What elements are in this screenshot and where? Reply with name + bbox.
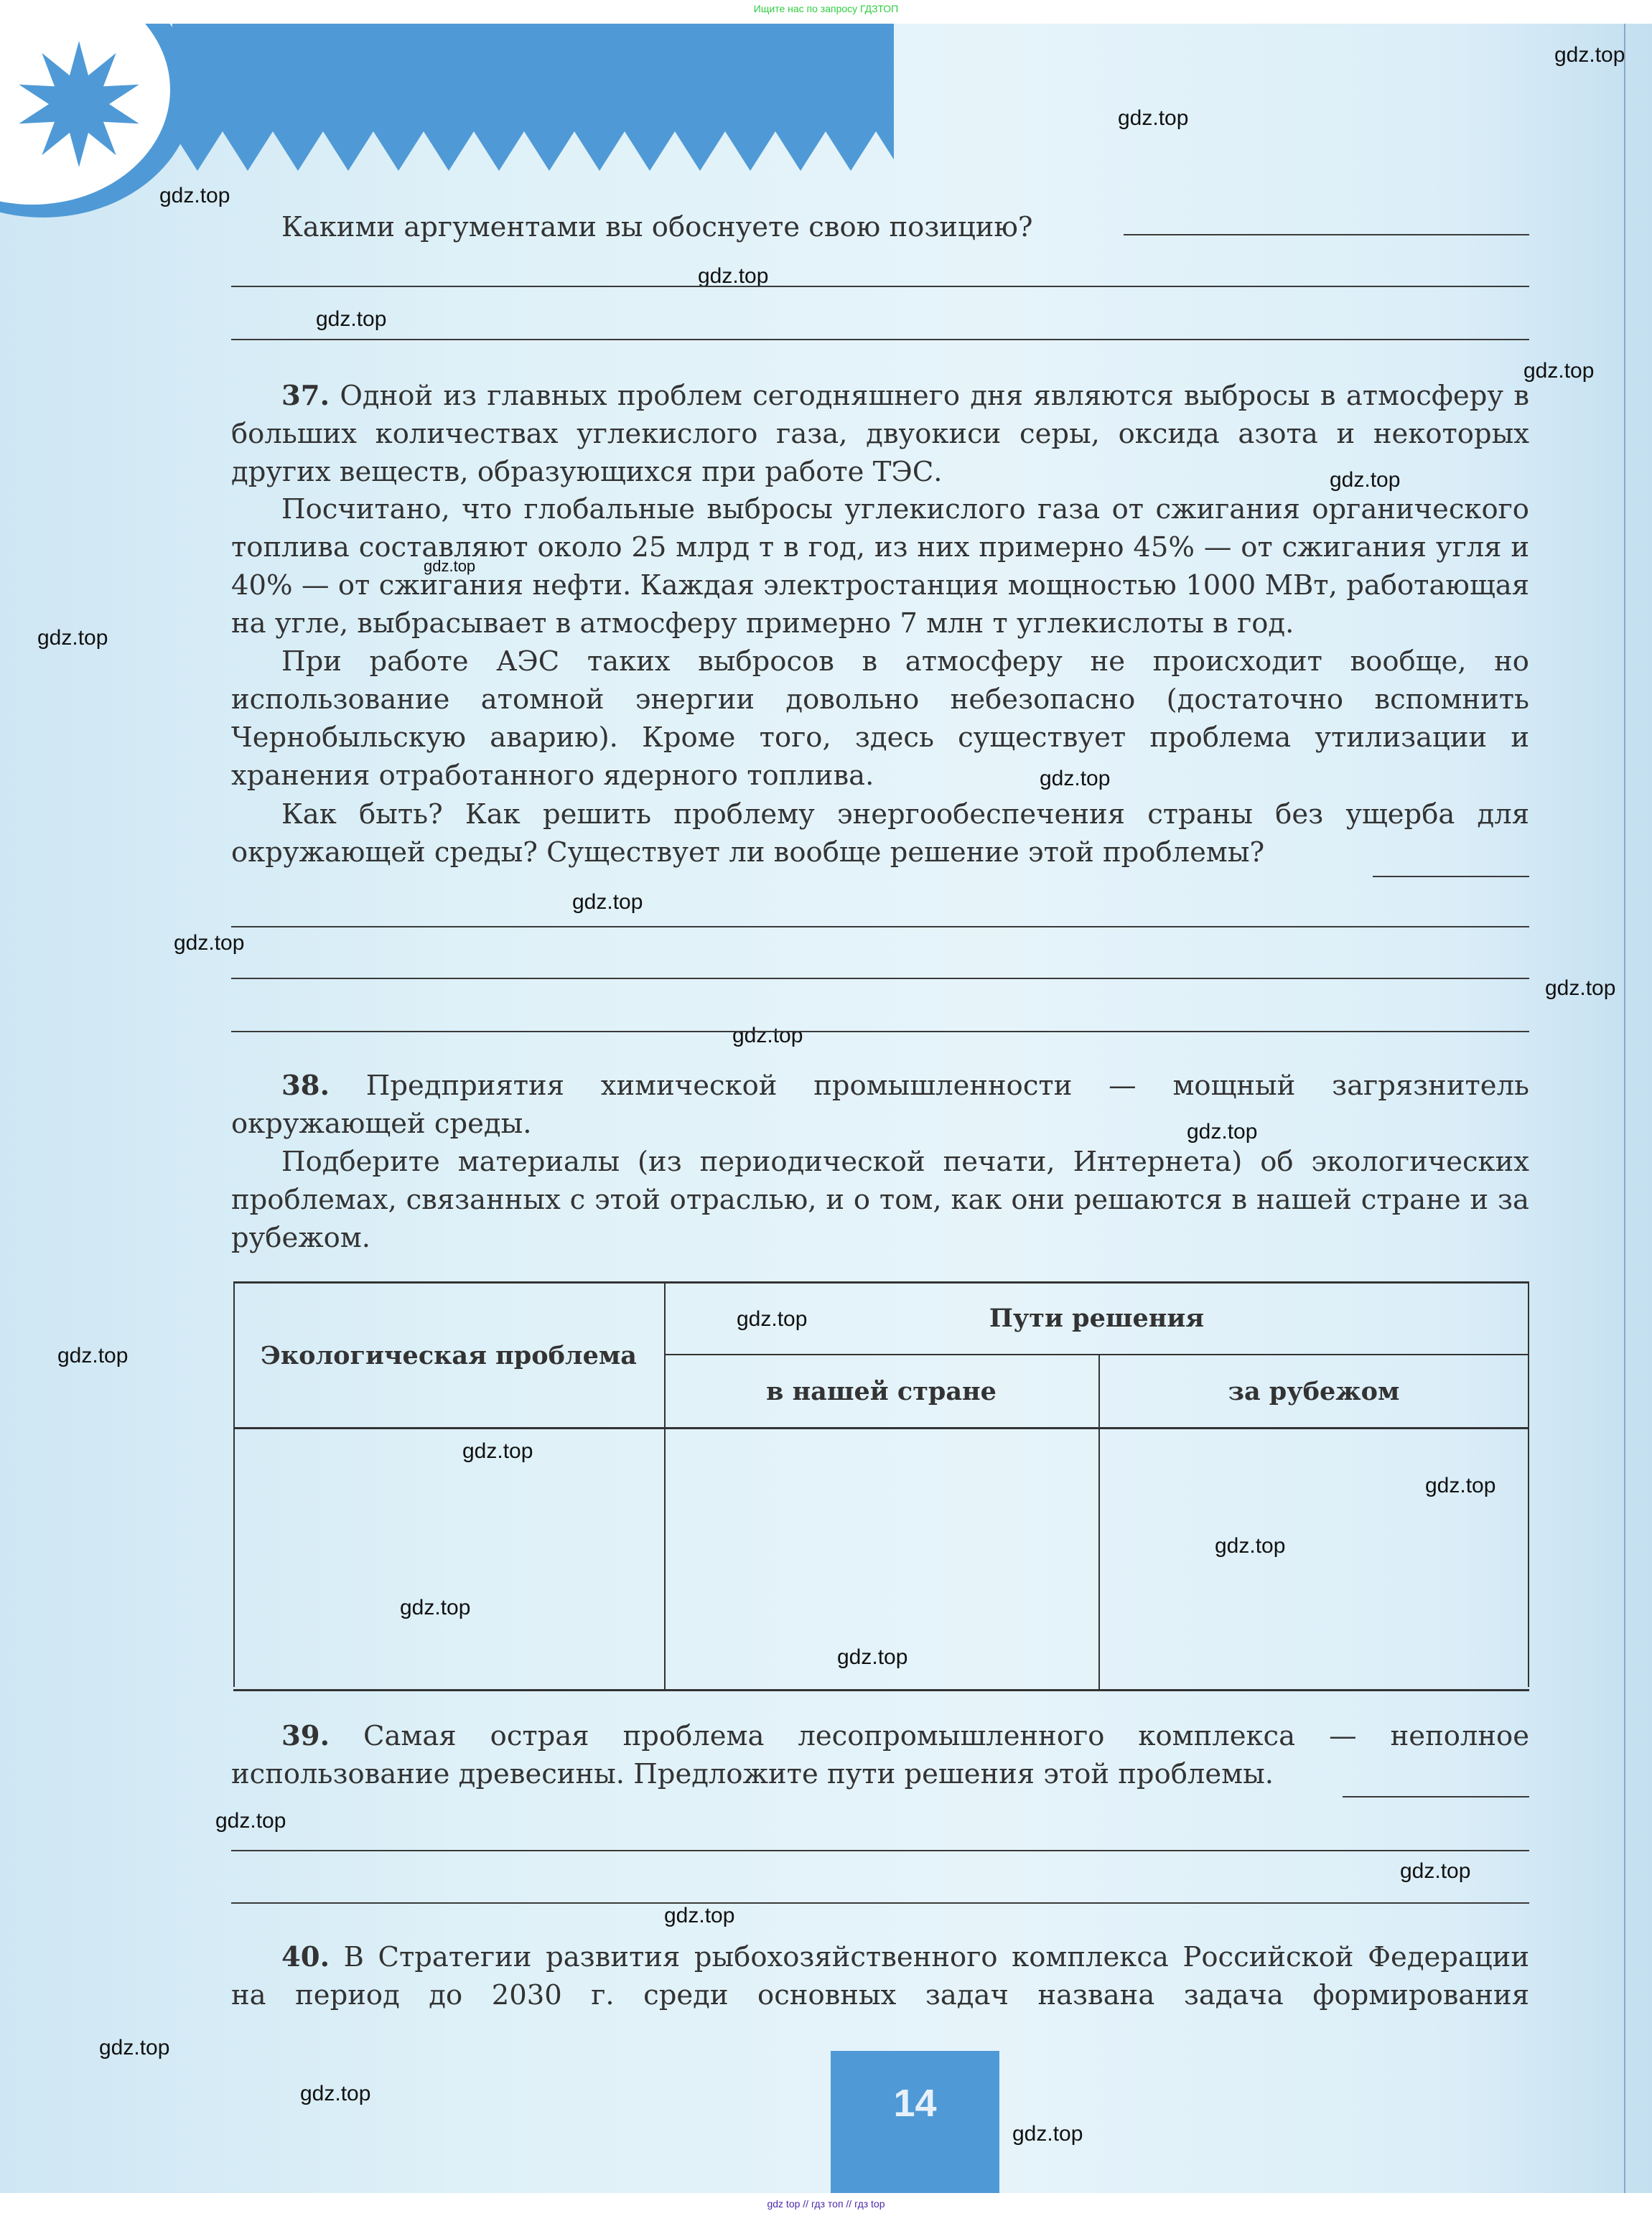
task-38-p2: Подберите материалы (из периодической пе… (231, 1143, 1529, 1257)
answer-line[interactable] (1343, 1796, 1529, 1797)
page-fold-line (1624, 24, 1625, 2193)
task-39-p1: Самая острая проблема лесопромышленного … (231, 1720, 1529, 1790)
watermark: gdz.top (215, 1809, 286, 1833)
page-number: 14 (831, 2081, 999, 2126)
eco-problems-table: Экологическая проблема Пути решения в на… (233, 1281, 1529, 1691)
answer-line[interactable] (231, 1031, 1529, 1032)
table-cell-domestic[interactable] (666, 1429, 1098, 1687)
answer-line[interactable] (231, 1902, 1529, 1904)
answer-line[interactable] (231, 286, 1529, 287)
task-37-p2: Посчитано, что глобальные выбросы углеки… (231, 490, 1529, 642)
task-38-p1: Предприятия химической промышленности — … (231, 1070, 1529, 1140)
watermark: gdz.top (698, 264, 768, 289)
watermark: gdz.top (1554, 43, 1625, 67)
answer-line[interactable] (231, 339, 1529, 340)
search-banner: Ищите нас по запросу ГДЗТОП (0, 3, 1652, 14)
watermark: gdz.top (664, 1904, 734, 1928)
watermark: gdz.top (572, 890, 643, 915)
watermark: gdz.top (1545, 976, 1615, 1001)
group-header-solutions: Пути решения (664, 1304, 1529, 1333)
table-cell-problem[interactable] (233, 1429, 664, 1687)
footer-banner: gdz top // гдз топ // гдз top (0, 2198, 1652, 2210)
answer-line[interactable] (231, 1850, 1529, 1851)
previous-question-text: Какими аргументами вы обоснуете свою поз… (281, 211, 1033, 243)
star-burst-icon (14, 36, 144, 172)
previous-question: Какими аргументами вы обоснуете свою поз… (231, 208, 1529, 246)
watermark: gdz.top (37, 626, 108, 650)
watermark: gdz.top (1400, 1859, 1470, 1884)
table-border-right (1528, 1281, 1529, 1687)
watermark: gdz.top (732, 1024, 803, 1048)
task-38-intro: 38. Предприятия химической промышленност… (231, 1067, 1529, 1143)
task-37-intro: 37. Одной из главных проблем сегодняшнег… (231, 377, 1529, 491)
table-border-left (233, 1281, 235, 1687)
answer-line[interactable] (1124, 234, 1529, 235)
task-39: 39. Самая острая проблема лесопромышленн… (231, 1717, 1529, 1793)
watermark: gdz.top (1523, 359, 1594, 383)
table-cell-abroad[interactable] (1100, 1429, 1529, 1687)
task-37-p1: Одной из главных проблем сегодняшнего дн… (231, 380, 1529, 488)
answer-line[interactable] (231, 926, 1529, 927)
page-number-box: 14 (831, 2051, 999, 2193)
watermark: gdz.top (1118, 106, 1188, 131)
task-37-p4: Как быть? Как решить проблему энергообес… (231, 795, 1529, 871)
col-header-abroad: за рубежом (1098, 1377, 1529, 1406)
answer-line[interactable] (1373, 876, 1529, 877)
watermark: gdz.top (159, 184, 230, 208)
task-number: 39. (281, 1720, 330, 1752)
task-number: 37. (281, 380, 330, 412)
col-header-domestic: в нашей стране (664, 1377, 1098, 1406)
watermark: gdz.top (316, 307, 386, 332)
watermark: gdz.top (57, 1344, 128, 1368)
col-header-problem: Экологическая проблема (233, 1341, 664, 1370)
watermark: gdz.top (300, 2082, 370, 2106)
task-40: 40. В Стратегии развития рыбохозяйственн… (231, 1938, 1529, 2014)
task-number: 38. (281, 1070, 330, 1102)
table-divider (664, 1354, 1529, 1355)
watermark: gdz.top (99, 2036, 169, 2060)
task-number: 40. (281, 1941, 330, 1973)
answer-line[interactable] (231, 978, 1529, 979)
task-37-p3: При работе АЭС таких выбросов в атмосфер… (231, 642, 1529, 795)
task-40-p1: В Стратегии развития рыбохозяйственного … (231, 1941, 1529, 2011)
watermark: gdz.top (1012, 2122, 1083, 2146)
watermark: gdz.top (174, 931, 244, 955)
